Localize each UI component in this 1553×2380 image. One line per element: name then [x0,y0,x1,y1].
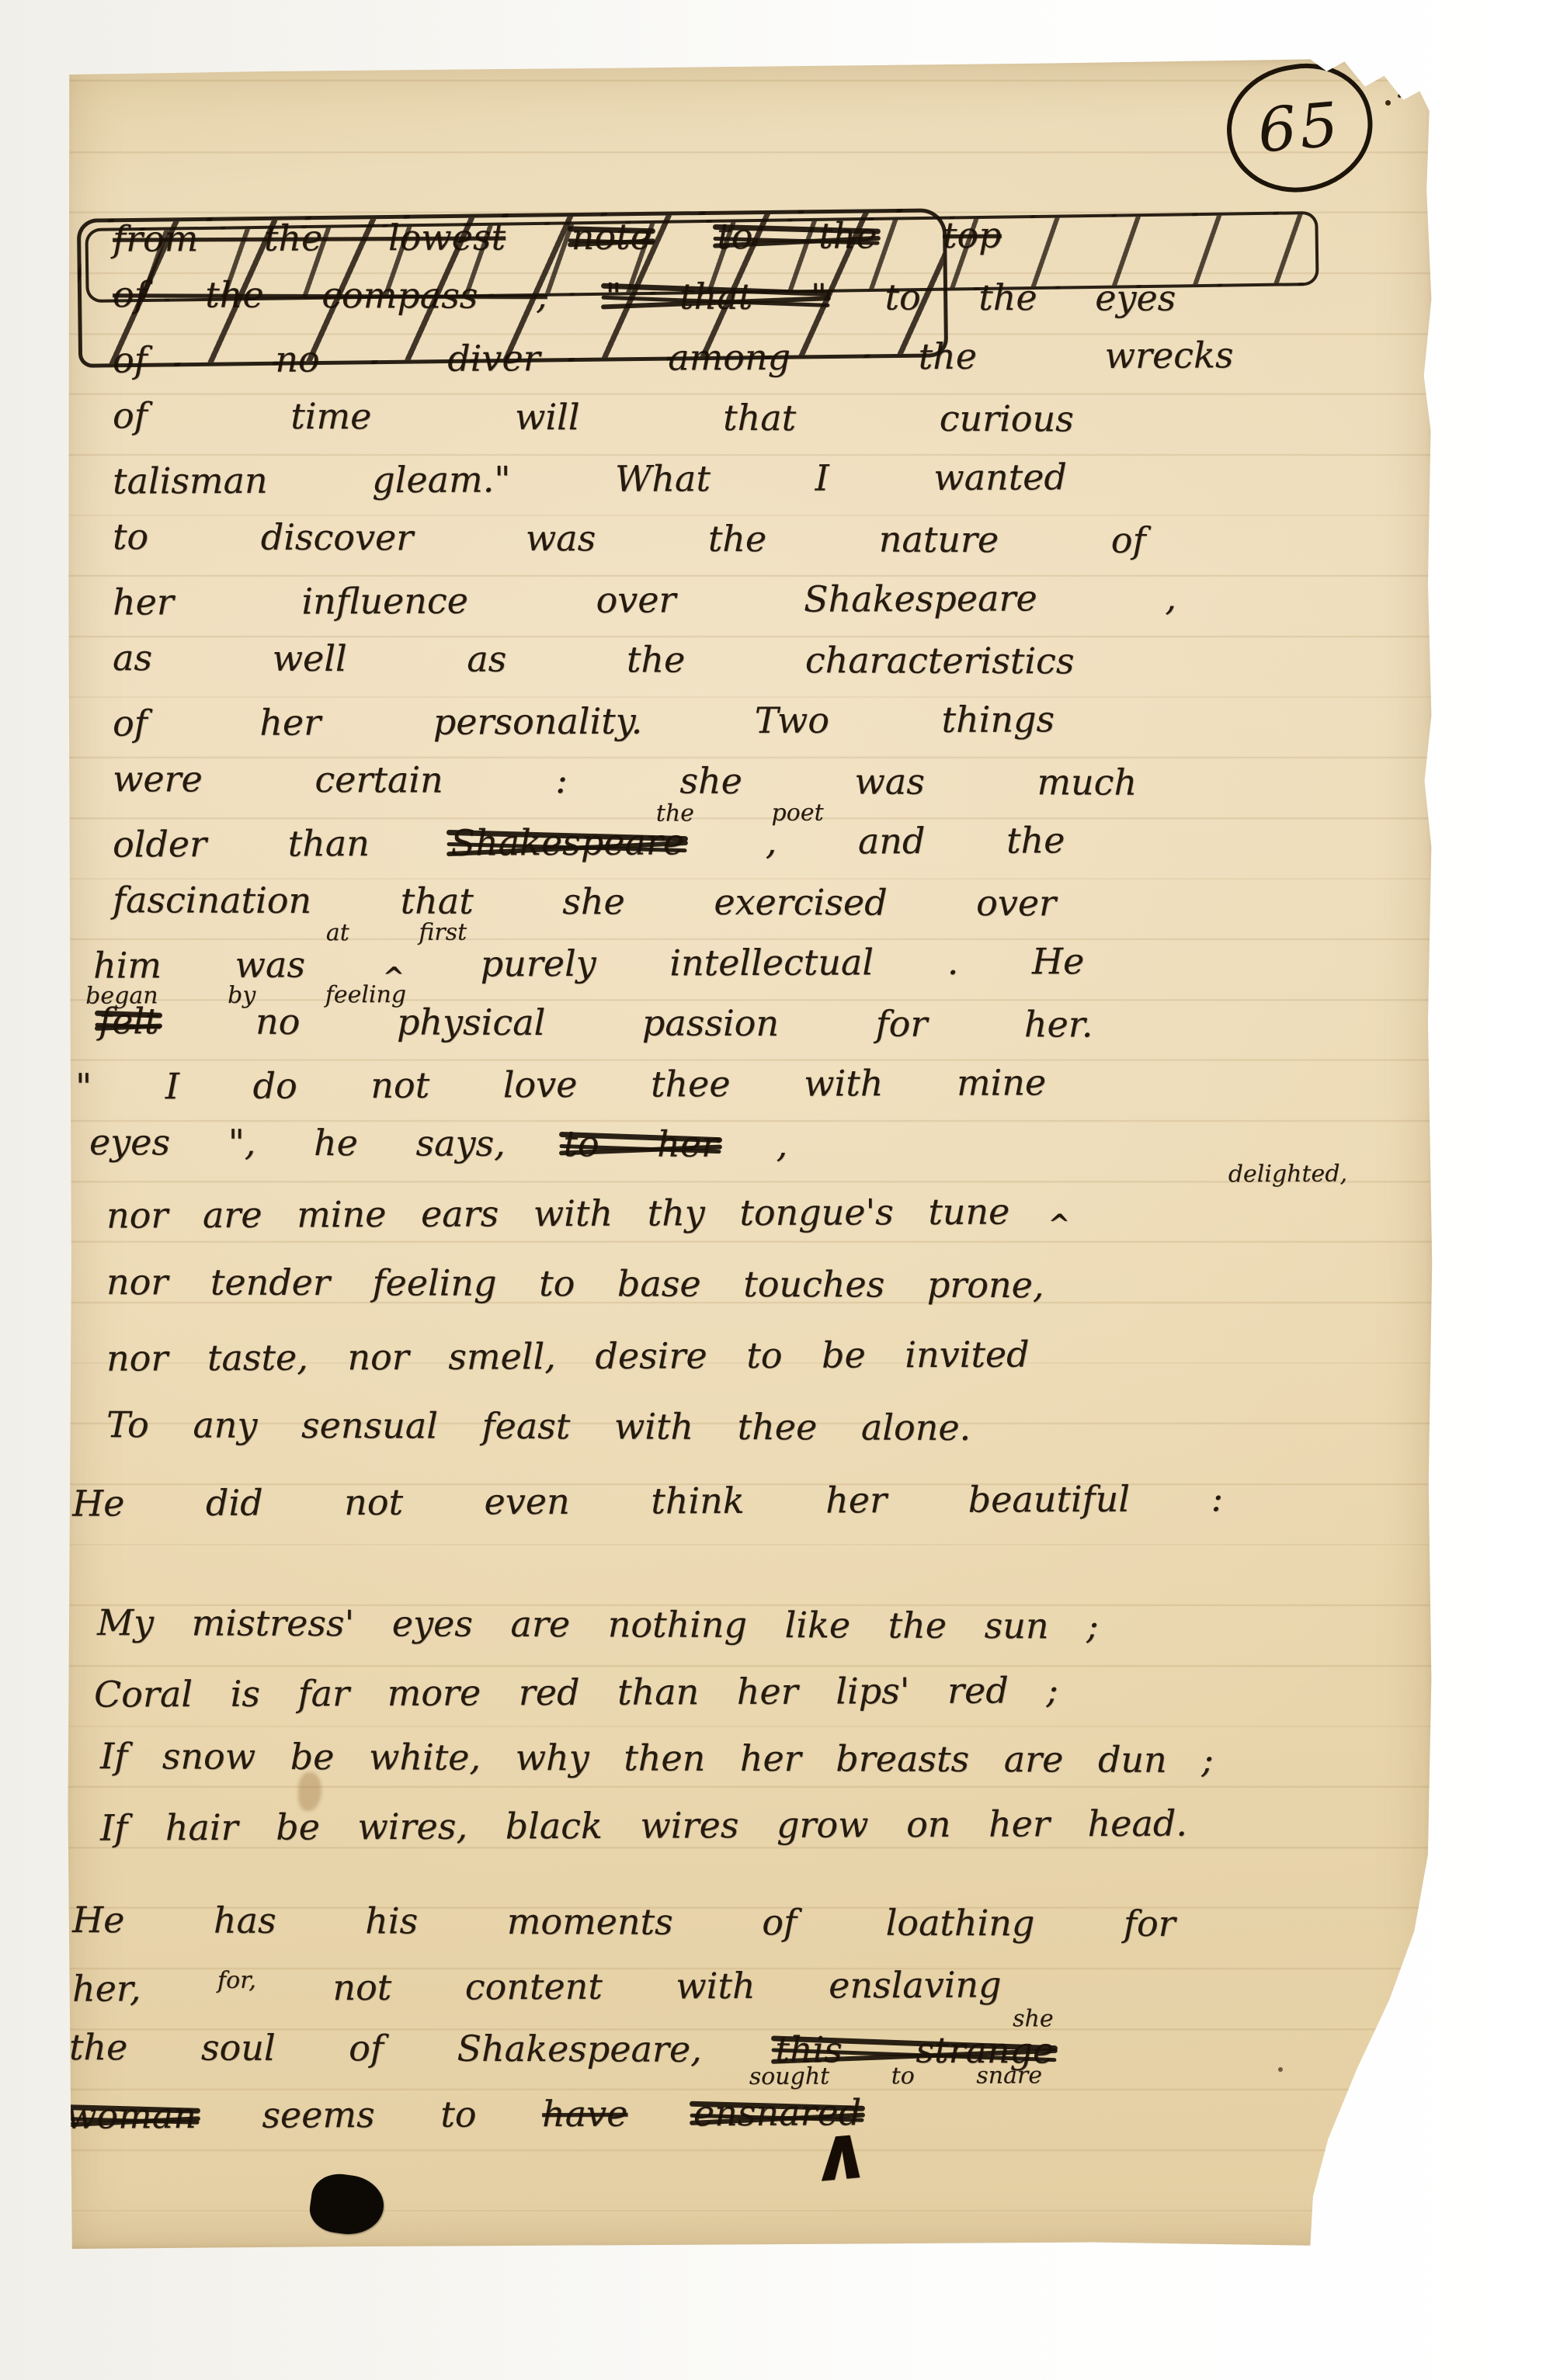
word-segment: If snow be white, why then her breasts a… [100,1735,1214,1781]
word-segment: He has his moments of loathing for [72,1899,1176,1945]
scribbled-text: Shakespeare [450,811,684,873]
manuscript-line: " I do not love thee with mine [75,1050,1402,1116]
manuscript-line: talisman gleam." What I wanted [113,445,1402,511]
word-segment: to the eyes [884,276,1176,319]
word-segment: fascination that she exercised over [113,879,1056,924]
manuscript-line: He has his moments of loathing for [72,1889,1402,1955]
word-segment: to discover was the nature of [113,515,1146,561]
manuscript-line: woman seems to have ensnared sought to s… [66,2080,1402,2146]
word-segment: nor are mine ears with thy tongue's tune [106,1191,1010,1237]
word-segment: nor taste, nor smell, desire to be invit… [106,1333,1030,1379]
manuscript-line: eyes ", he says, to her , [89,1112,1402,1177]
word-segment: seems to [262,2093,476,2135]
manuscript-line: of the compass , " that " to the eyes [113,264,1402,329]
manuscript-line: of time will that curious [113,385,1402,450]
struck-text: top [943,214,1002,256]
manuscript-line: of her personality. Two things [113,687,1402,753]
manuscript-line: Coral is far more red than her lips' red… [94,1658,1402,1724]
word-segment: her, [72,1967,141,2009]
scribbled-text: " that " [605,265,827,327]
struck-text: have [542,2093,628,2135]
word-segment: her influence over Shakespeare , [113,577,1176,623]
manuscript-line: the soul of Shakespeare, this strange sh… [69,2017,1402,2082]
word-segment: nor tender feeling to base touches prone… [106,1261,1044,1306]
scribbled-text: to the [717,205,877,266]
caret-mark: ^ [1044,1194,1072,1254]
page-number: 65 [1256,89,1345,166]
word-segment: My mistress' eyes are nothing like the s… [97,1601,1099,1647]
manuscript-line: of no diver among the wrecks [113,324,1402,390]
manuscript-line: her influence over Shakespeare , [113,566,1402,632]
ink-speck [1278,2067,1283,2072]
word-segment: of her personality. Two things [113,698,1054,744]
word-segment: If hair be wires, black wires grow on he… [100,1802,1187,1849]
manuscript-line: He did not even think her beautiful : [72,1467,1402,1533]
scribbled-text: to her [563,1113,718,1174]
manuscript-line: began by feeling him was ^ purely intell… [93,929,1402,995]
word-segment: eyes ", he says, [89,1121,506,1164]
inserted-text: the poet [656,802,824,826]
word-segment: He did not even think her beautiful : [72,1477,1223,1524]
manuscript-line: as well as the characteristics [113,627,1402,692]
struck-text: of the compass , [113,273,547,317]
manuscript-line: her, for, not content with enslaving [72,1952,1402,2018]
manuscript-line: If hair be wires, black wires grow on he… [100,1792,1402,1858]
manuscript-line: older than Shakespeare , and the the poe… [113,808,1402,874]
manuscript-page: 65 from the lowest note to the top of th… [65,58,1433,2249]
word-segment: purely intellectual . He [481,940,1085,984]
manuscript-line: felt no physical passion for her. [99,991,1402,1056]
scribbled-text: felt [99,991,159,1051]
inserted-text: for, [217,1969,256,1993]
manuscript-line: To any sensual feast with thee alone. [106,1394,1402,1459]
scribbled-text: note [571,206,651,267]
word-segment: Coral is far more red than her lips' red… [94,1669,1058,1715]
manuscript-text: from the lowest note to the top of the c… [113,206,1402,2143]
manuscript-line: My mistress' eyes are nothing like the s… [97,1592,1402,1657]
inserted-text: sought to snare [749,2064,1042,2089]
word-segment: not content with enslaving [332,1964,1001,2009]
manuscript-line: If snow be white, why then her breasts a… [100,1726,1402,1791]
word-segment: , [776,1123,788,1165]
manuscript-line: nor are mine ears with thy tongue's tune… [106,1179,1402,1245]
word-segment: the soul of Shakespeare, [69,2026,702,2070]
word-segment: older than [113,822,370,865]
word-segment: of no diver among the wrecks [113,334,1234,380]
inserted-text: delighted, [1228,1163,1347,1187]
manuscript-line: fascination that she exercised over [113,869,1402,935]
struck-text: from the lowest [113,216,506,259]
word-segment: " I do not love thee with mine [75,1061,1046,1107]
word-segment: talisman gleam." What I wanted [113,456,1067,501]
word-segment: as well as the characteristics [113,637,1075,682]
word-segment: To any sensual feast with thee alone. [106,1403,971,1448]
word-segment: of time will that curious [113,394,1074,439]
ink-speck [1385,100,1391,106]
manuscript-line: nor tender feeling to base touches prone… [106,1251,1402,1317]
manuscript-line: nor taste, nor smell, desire to be invit… [106,1322,1402,1388]
word-segment: were certain : she was much [113,758,1137,803]
word-segment: no physical passion for her. [255,1001,1093,1046]
scribbled-text: woman [66,2085,196,2146]
word-segment: him was [93,943,305,986]
inserted-text: she [1013,2007,1054,2031]
manuscript-line: to discover was the nature of [113,506,1402,571]
ink-blot [307,2170,387,2239]
inserted-text: at first [326,921,467,945]
manuscript-line: from the lowest note to the top [113,203,1402,269]
caret-mark: ∧ [810,2114,874,2194]
